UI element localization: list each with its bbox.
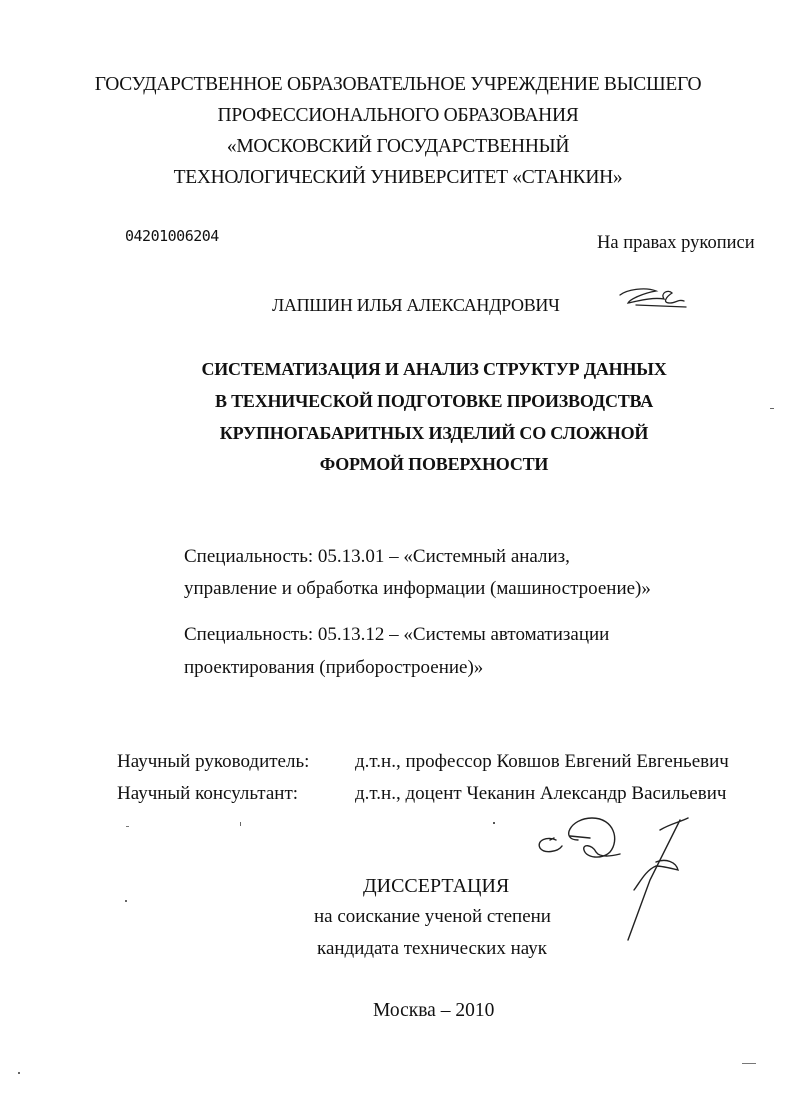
scan-speck bbox=[125, 900, 127, 902]
approval-signature-icon bbox=[530, 810, 720, 950]
organization-line-4: ТЕХНОЛОГИЧЕСКИЙ УНИВЕРСИТЕТ «СТАНКИН» bbox=[0, 166, 796, 190]
advisor-name-consultant: д.т.н., доцент Чеканин Александр Василье… bbox=[355, 782, 726, 806]
degree-type: ДИССЕРТАЦИЯ bbox=[363, 874, 509, 898]
scan-speck bbox=[742, 1063, 756, 1064]
degree-line-1: на соискание ученой степени bbox=[314, 905, 551, 929]
scan-speck bbox=[126, 826, 129, 827]
manuscript-note: На правах рукописи bbox=[597, 231, 755, 255]
author-name: ЛАПШИН ИЛЬЯ АЛЕКСАНДРОВИЧ bbox=[272, 293, 560, 317]
organization-line-2: ПРОФЕССИОНАЛЬНОГО ОБРАЗОВАНИЯ bbox=[0, 104, 796, 128]
specialty-1-line-1: Специальность: 05.13.01 – «Системный ана… bbox=[184, 545, 570, 569]
degree-line-2: кандидата технических наук bbox=[317, 937, 547, 961]
scan-speck bbox=[770, 408, 774, 409]
title-line-1: СИСТЕМАТИЗАЦИЯ И АНАЛИЗ СТРУКТУР ДАННЫХ bbox=[36, 357, 796, 381]
specialty-1-line-2: управление и обработка информации (машин… bbox=[184, 577, 651, 601]
title-line-4: ФОРМОЙ ПОВЕРХНОСТИ bbox=[36, 452, 796, 476]
advisor-role-consultant: Научный консультант: bbox=[117, 782, 298, 806]
advisor-name-supervisor: д.т.н., профессор Ковшов Евгений Евгенье… bbox=[355, 750, 729, 774]
advisor-role-supervisor: Научный руководитель: bbox=[117, 750, 309, 774]
catalog-number: 04201006204 bbox=[125, 227, 219, 245]
city-year: Москва – 2010 bbox=[373, 999, 494, 1023]
organization-line-1: ГОСУДАРСТВЕННОЕ ОБРАЗОВАТЕЛЬНОЕ УЧРЕЖДЕН… bbox=[0, 73, 796, 97]
scan-speck bbox=[493, 822, 495, 824]
scan-speck bbox=[240, 822, 241, 826]
specialty-2-line-2: проектирования (приборостроение)» bbox=[184, 656, 483, 680]
organization-line-3: «МОСКОВСКИЙ ГОСУДАРСТВЕННЫЙ bbox=[0, 135, 796, 159]
author-signature-icon bbox=[616, 283, 690, 313]
scan-speck bbox=[18, 1072, 20, 1074]
title-line-3: КРУПНОГАБАРИТНЫХ ИЗДЕЛИЙ СО СЛОЖНОЙ bbox=[36, 421, 796, 445]
specialty-2-line-1: Специальность: 05.13.12 – «Системы автом… bbox=[184, 623, 609, 647]
title-line-2: В ТЕХНИЧЕСКОЙ ПОДГОТОВКЕ ПРОИЗВОДСТВА bbox=[36, 389, 796, 413]
